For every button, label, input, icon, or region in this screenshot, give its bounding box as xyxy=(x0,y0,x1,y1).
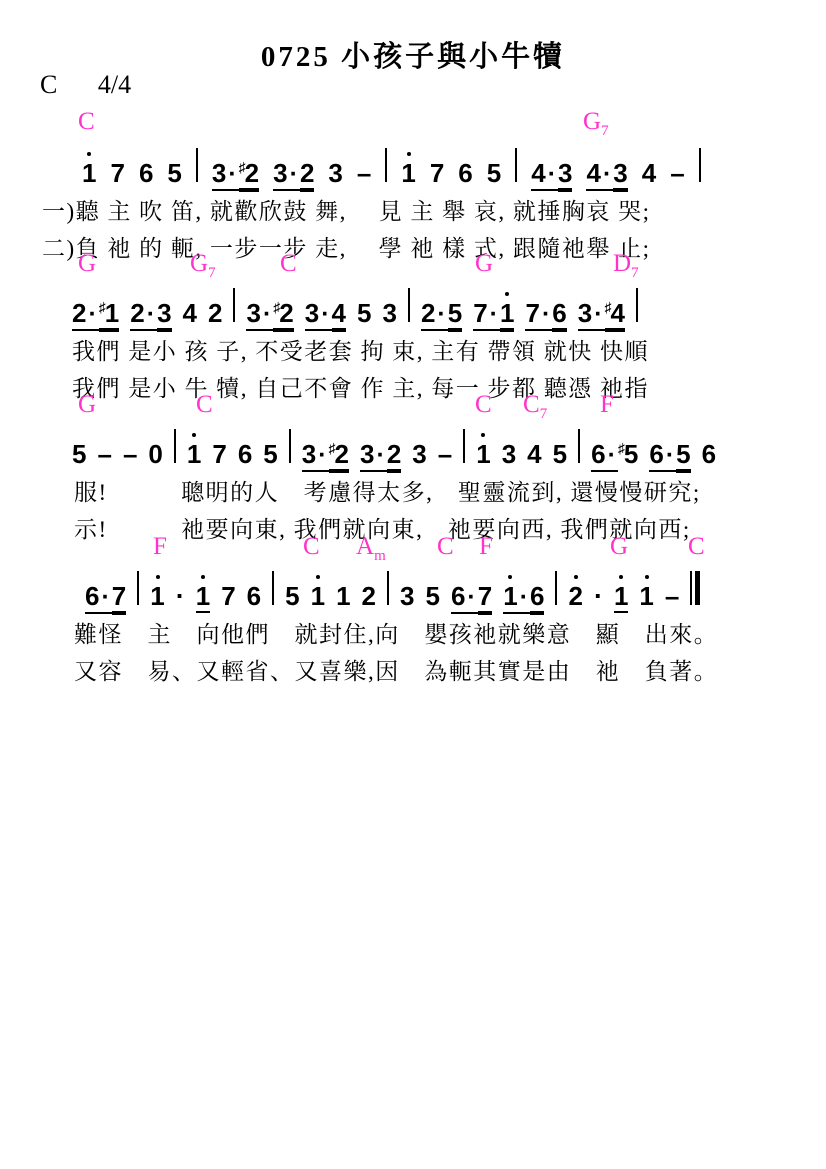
note: 3 xyxy=(328,160,342,186)
dot-of-dotted-note: · xyxy=(319,300,331,328)
notation-row: 5––017653·♯23·23–13456·♯56·56 xyxy=(72,421,826,473)
dotted-note-pair: 3·2 xyxy=(273,160,314,191)
note: 3 xyxy=(302,441,316,467)
barline xyxy=(137,571,139,605)
sharp-sign: ♯ xyxy=(605,299,612,315)
note: 5 xyxy=(167,160,181,186)
octave-dot xyxy=(481,433,485,437)
barline xyxy=(387,571,389,605)
note: 1 xyxy=(503,583,517,609)
chord-label: G xyxy=(475,250,493,278)
barline xyxy=(578,429,580,463)
dot-of-dotted-note: · xyxy=(99,583,111,611)
chord-label: C xyxy=(196,391,213,419)
chord-label: C xyxy=(437,533,454,561)
barline xyxy=(174,429,176,463)
note: 6 xyxy=(238,441,252,467)
chord-label: G7 xyxy=(583,108,609,136)
note: ♯4 xyxy=(605,300,625,326)
note: 7 xyxy=(112,583,126,609)
note-segment: 3· xyxy=(360,441,387,472)
dotted-note-pair: 4·3 xyxy=(531,160,572,191)
dot-of-dotted-note: · xyxy=(316,441,328,469)
note: 3 xyxy=(578,300,592,326)
note: 1 xyxy=(614,583,628,613)
note: 1 xyxy=(82,160,96,186)
note: 7 xyxy=(221,583,235,609)
chord-row: GCCC7F xyxy=(0,391,826,421)
dotted-note-pair: 3·♯2 xyxy=(302,441,349,472)
note-segment: 3 xyxy=(157,300,171,330)
note-segment: ♯2 xyxy=(239,160,259,190)
note-segment: 5 xyxy=(676,441,690,471)
octave-dot xyxy=(505,292,509,296)
note-segment: ♯5 xyxy=(618,441,638,467)
octave-dot xyxy=(407,152,411,156)
note: 1 xyxy=(150,583,164,609)
note-segment: 3· xyxy=(246,300,273,331)
note: 3 xyxy=(400,583,414,609)
sharp-sign: ♯ xyxy=(329,440,336,456)
dotted-note-pair: 3·♯2 xyxy=(212,160,259,191)
note-segment: 4· xyxy=(586,160,613,191)
note-segment: 3· xyxy=(305,300,332,331)
note: 5 xyxy=(553,441,567,467)
note: 3 xyxy=(382,300,396,326)
chord-label: C xyxy=(303,533,320,561)
dot-of-dotted-note: · xyxy=(664,441,676,469)
note: 3 xyxy=(246,300,260,326)
note: 7 xyxy=(473,300,487,326)
note: 7 xyxy=(110,160,124,186)
octave-dot xyxy=(316,575,320,579)
time-signature: 4/4 xyxy=(98,70,131,99)
note: 2 xyxy=(421,300,435,326)
note-segment: 2 xyxy=(387,441,401,471)
note: 2 xyxy=(568,583,582,609)
octave-dot xyxy=(619,575,623,579)
note-segment: 2· xyxy=(72,300,99,331)
note-segment: 7· xyxy=(473,300,500,331)
chord-label: F xyxy=(600,391,614,419)
note-segment: ♯2 xyxy=(273,300,293,330)
chord-extension: 7 xyxy=(540,406,548,422)
music-system-2: GG7CGD7 2·♯12·3423·♯23·4532·57·17·63·♯4 … xyxy=(0,250,826,406)
music-system-3: GCCC7F 5––017653·♯23·23–13456·♯56·56 服! … xyxy=(0,391,826,547)
note-segment: 4 xyxy=(332,300,346,330)
dotted-note-pair: 1·6 xyxy=(503,583,544,614)
note: 4 xyxy=(183,300,197,326)
note-segment: 3 xyxy=(613,160,627,190)
note: 2 xyxy=(300,160,314,186)
thick-bar xyxy=(695,571,700,605)
note: 3 xyxy=(613,160,627,186)
dotted-note-pair: 3·♯4 xyxy=(578,300,625,331)
note: 5 xyxy=(425,583,439,609)
note-segment: 2· xyxy=(130,300,157,331)
octave-dot xyxy=(574,575,578,579)
note: 1 xyxy=(311,583,325,609)
note-segment: 3· xyxy=(273,160,300,191)
duration-dash: – xyxy=(670,158,684,189)
note-segment: 6· xyxy=(649,441,676,472)
note: 6 xyxy=(552,300,566,326)
note-segment: 6· xyxy=(451,583,478,614)
dot-of-dotted-note: · xyxy=(546,160,558,188)
barline xyxy=(385,148,387,182)
note: 1 xyxy=(187,441,201,467)
barline xyxy=(233,288,235,322)
note-segment: 3· xyxy=(212,160,239,191)
note-segment: 6· xyxy=(85,583,112,614)
barline xyxy=(272,571,274,605)
song-sheet-page: 0725 小孩子與小牛犢 C 4/4 CG7 17653·♯23·23–1765… xyxy=(0,0,826,1169)
dotted-note-pair: 4·3 xyxy=(586,160,627,191)
barline xyxy=(289,429,291,463)
barline xyxy=(636,288,638,322)
note-segment: 7· xyxy=(525,300,552,331)
duration-dash: – xyxy=(123,439,137,470)
note: 7 xyxy=(212,441,226,467)
note: 4 xyxy=(332,300,346,326)
dot-of-dotted-note: · xyxy=(601,160,613,188)
chord-label: C xyxy=(688,533,705,561)
augmentation-dot: · xyxy=(176,581,185,612)
duration-dash: – xyxy=(438,439,452,470)
duration-dash: – xyxy=(357,158,371,189)
dot-of-dotted-note: · xyxy=(518,583,530,611)
sharp-sign: ♯ xyxy=(99,299,106,315)
note: ♯2 xyxy=(273,300,293,326)
note: 5 xyxy=(676,441,690,467)
chord-label: D7 xyxy=(613,250,639,278)
final-barline xyxy=(690,571,700,605)
dot-of-dotted-note: · xyxy=(261,300,273,328)
note: 6 xyxy=(139,160,153,186)
dotted-note-pair: 6·♯5 xyxy=(591,441,638,472)
chord-extension: 7 xyxy=(601,123,609,139)
note: 4 xyxy=(527,441,541,467)
chord-extension: 7 xyxy=(208,265,216,281)
note-segment: 4· xyxy=(531,160,558,191)
octave-dot xyxy=(201,575,205,579)
note: 5 xyxy=(357,300,371,326)
notation-row: 2·♯12·3423·♯23·4532·57·17·63·♯4 xyxy=(72,280,826,332)
barline xyxy=(463,429,465,463)
note: 3 xyxy=(212,160,226,186)
dot-of-dotted-note: · xyxy=(288,160,300,188)
chord-row: GG7CGD7 xyxy=(0,250,826,280)
dot-of-dotted-note: · xyxy=(540,300,552,328)
note: ♯1 xyxy=(99,300,119,326)
note-segment: ♯2 xyxy=(329,441,349,471)
note: 6 xyxy=(85,583,99,609)
note: 5 xyxy=(285,583,299,609)
dotted-note-pair: 7·6 xyxy=(525,300,566,331)
note: 1 xyxy=(500,300,514,326)
note: 7 xyxy=(430,160,444,186)
note: 4 xyxy=(586,160,600,186)
dotted-note-pair: 7·1 xyxy=(473,300,514,331)
note-segment: ♯4 xyxy=(605,300,625,330)
note: 7 xyxy=(525,300,539,326)
thin-bar xyxy=(690,571,692,605)
chord-label: G xyxy=(78,391,96,419)
barline xyxy=(699,148,701,182)
dotted-note-pair: 2·5 xyxy=(421,300,462,331)
lyric-line: 我們 是小 孩 子, 不受老套 拘 束, 主有 帶領 就快 快順 xyxy=(72,334,826,369)
note: 4 xyxy=(531,160,545,186)
note: 2 xyxy=(387,441,401,467)
note: 5 xyxy=(72,441,86,467)
note-segment: 6· xyxy=(591,441,618,472)
augmentation-dot: · xyxy=(594,581,603,612)
note-segment: 7 xyxy=(478,583,492,613)
chord-label: C xyxy=(280,250,297,278)
note: 6 xyxy=(451,583,465,609)
duration-dash: – xyxy=(97,439,111,470)
dotted-note-pair: 2·3 xyxy=(130,300,171,331)
barline xyxy=(515,148,517,182)
note: 1 xyxy=(196,583,210,613)
note: ♯2 xyxy=(329,441,349,467)
note: 1 xyxy=(401,160,415,186)
note: 3 xyxy=(502,441,516,467)
dot-of-dotted-note: · xyxy=(86,300,98,328)
note-segment: 3 xyxy=(558,160,572,190)
dotted-note-pair: 3·4 xyxy=(305,300,346,331)
note: 2 xyxy=(362,583,376,609)
notation-row: 17653·♯23·23–17654·34·34– xyxy=(82,140,826,192)
note: 2 xyxy=(72,300,86,326)
dot-of-dotted-note: · xyxy=(606,441,618,469)
chord-label: C xyxy=(78,108,95,136)
dotted-note-pair: 3·♯2 xyxy=(246,300,293,331)
music-system-1: CG7 17653·♯23·23–17654·34·34– 一)聽 主 吹 笛,… xyxy=(0,108,826,266)
chord-extension: m xyxy=(374,548,386,564)
note: 6 xyxy=(530,583,544,609)
note: 6 xyxy=(591,441,605,467)
dot-of-dotted-note: · xyxy=(226,160,238,188)
note: 4 xyxy=(642,160,656,186)
note: 1 xyxy=(336,583,350,609)
chord-row: FCAmCFGC xyxy=(0,533,826,563)
note-segment: ♯1 xyxy=(99,300,119,330)
chord-label: Am xyxy=(356,533,386,561)
note: 2 xyxy=(130,300,144,326)
note: 6 xyxy=(247,583,261,609)
note: 3 xyxy=(360,441,374,467)
note: 6 xyxy=(458,160,472,186)
octave-dot xyxy=(87,152,91,156)
octave-dot xyxy=(645,575,649,579)
note-segment: 1 xyxy=(500,300,514,330)
duration-dash: – xyxy=(665,581,679,612)
note: 7 xyxy=(478,583,492,609)
chord-extension: 7 xyxy=(631,265,639,281)
key-letter: C xyxy=(40,70,57,99)
note: 6 xyxy=(702,441,716,467)
note: 1 xyxy=(476,441,490,467)
sharp-sign: ♯ xyxy=(618,440,625,456)
note: 6 xyxy=(649,441,663,467)
barline xyxy=(555,571,557,605)
dot-of-dotted-note: · xyxy=(488,300,500,328)
lyric-line: 服! 聰明的人 考慮得太多, 聖靈流到, 還慢慢研究; xyxy=(74,475,826,510)
note-segment: 7 xyxy=(112,583,126,613)
music-system-4: FCAmCFGC 6·71·1765112356·71·62·11– 難怪 主 … xyxy=(0,533,826,689)
note: ♯2 xyxy=(239,160,259,186)
note: 1 xyxy=(639,583,653,609)
dotted-note-pair: 3·2 xyxy=(360,441,401,472)
chord-row: CG7 xyxy=(0,108,826,138)
note: 0 xyxy=(148,441,162,467)
note: 5 xyxy=(487,160,501,186)
note: 3 xyxy=(412,441,426,467)
octave-dot xyxy=(192,433,196,437)
dotted-note-pair: 6·7 xyxy=(85,583,126,614)
dot-of-dotted-note: · xyxy=(374,441,386,469)
note-segment: 3· xyxy=(302,441,329,472)
note-segment: 1· xyxy=(503,583,530,614)
notation-row: 6·71·1765112356·71·62·11– xyxy=(85,563,826,615)
note: ♯5 xyxy=(618,441,638,467)
note-segment: 3· xyxy=(578,300,605,331)
note-segment: 6 xyxy=(530,583,544,613)
note: 3 xyxy=(558,160,572,186)
note: 5 xyxy=(263,441,277,467)
note-segment: 2· xyxy=(421,300,448,331)
octave-dot xyxy=(156,575,160,579)
dotted-note-pair: 6·5 xyxy=(649,441,690,472)
chord-label: F xyxy=(479,533,493,561)
chord-label: C xyxy=(475,391,492,419)
dotted-note-pair: 6·7 xyxy=(451,583,492,614)
dot-of-dotted-note: · xyxy=(435,300,447,328)
chord-label: G7 xyxy=(190,250,216,278)
dot-of-dotted-note: · xyxy=(145,300,157,328)
note: 2 xyxy=(208,300,222,326)
barline xyxy=(196,148,198,182)
dot-of-dotted-note: · xyxy=(465,583,477,611)
lyric-line: 又容 易、又輕省、又喜樂,因 為軛其實是由 祂 負著。 xyxy=(74,654,826,689)
song-title: 0725 小孩子與小牛犢 xyxy=(0,34,826,75)
lyric-line: 難怪 主 向他們 就封住,向 嬰孩祂就樂意 顯 出來。 xyxy=(74,617,826,652)
note-segment: 5 xyxy=(448,300,462,330)
note: 3 xyxy=(305,300,319,326)
octave-dot xyxy=(508,575,512,579)
key-signature: C 4/4 xyxy=(40,70,131,100)
dot-of-dotted-note: · xyxy=(592,300,604,328)
note-segment: 2 xyxy=(300,160,314,190)
note: 5 xyxy=(448,300,462,326)
chord-label: G xyxy=(610,533,628,561)
chord-label: C7 xyxy=(523,391,547,419)
barline xyxy=(408,288,410,322)
note: 3 xyxy=(273,160,287,186)
note: 3 xyxy=(157,300,171,326)
lyric-line: 一)聽 主 吹 笛, 就歡欣鼓 舞, 見 主 舉 哀, 就捶胸哀 哭; xyxy=(42,194,826,229)
chord-label: G xyxy=(78,250,96,278)
chord-label: F xyxy=(153,533,167,561)
sharp-sign: ♯ xyxy=(273,299,280,315)
note-segment: 6 xyxy=(552,300,566,330)
dotted-note-pair: 2·♯1 xyxy=(72,300,119,331)
sharp-sign: ♯ xyxy=(239,159,246,175)
